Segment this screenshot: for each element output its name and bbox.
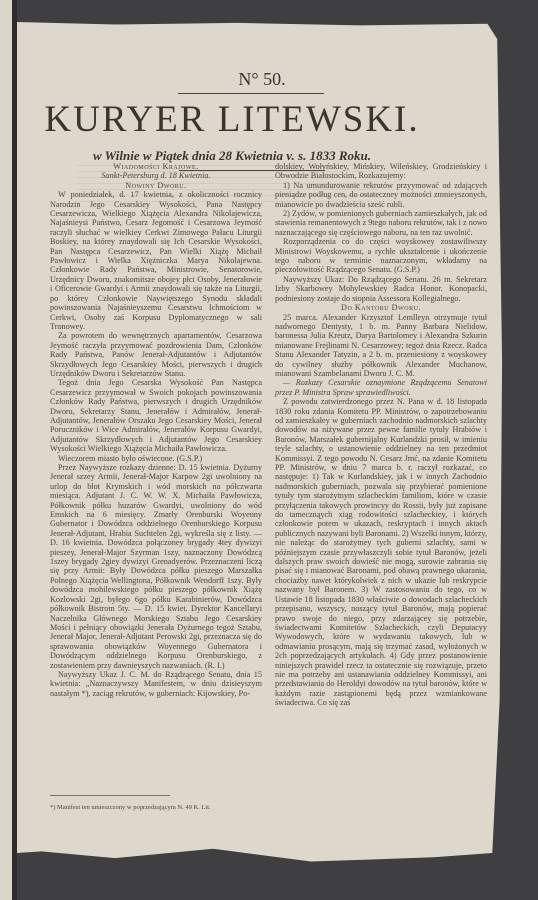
article-paragraph: Naywyższy Ukaz J. C. M. do Rządzącego Se… xyxy=(50,670,262,698)
article-paragraph: dolskiey, Wołyńskiey, Mińskiey, Wileński… xyxy=(275,162,487,181)
section-subheading: Do Kantoru Dworu. xyxy=(275,303,487,312)
article-paragraph: 1) Na umundurowanie rekrutów przyymować … xyxy=(275,181,487,209)
article-paragraph: — Rozkazy Cesarskie oznaymione Rządzącem… xyxy=(275,378,487,397)
article-paragraph: W poniedziałek, d. 17 kwietnia, z okolic… xyxy=(50,190,262,331)
article-paragraph: Przez Naywyższe rozkazy dzienne: D. 15 k… xyxy=(50,463,262,670)
right-column: dolskiey, Wołyńskiey, Mińskiey, Wileński… xyxy=(275,162,487,708)
binding-gutter xyxy=(12,0,17,900)
footnote: *) Manifest ten umieszczony w poprzedzaj… xyxy=(50,804,262,811)
newspaper-page: N° 50. KURYER LITEWSKI. w Wilnie w Piąte… xyxy=(17,22,507,870)
header-rule xyxy=(178,93,324,94)
article-paragraph: 2) Zydów, w pomienionych guberniach zami… xyxy=(275,209,487,237)
section-heading: Wiadomości Krajowe. xyxy=(50,162,262,171)
issue-number: N° 50. xyxy=(17,69,507,90)
section-subheading: Nowiny Dworu. xyxy=(50,181,262,190)
article-paragraph: 25 marca. Alexander Krzysztof Lemlleyn o… xyxy=(275,313,487,379)
article-paragraph: Tegoż dnia Jego Cesarska Wysokość Pan Na… xyxy=(50,378,262,453)
section-dateline: Sankt-Petersburg d. 18 Kwietnia. xyxy=(50,171,262,180)
article-paragraph: Za powrotem do wewnętrznych apartamentów… xyxy=(50,331,262,378)
masthead-title: KURYER LITEWSKI. xyxy=(17,98,447,141)
article-paragraph: Naywyższy Ukaz: Do Rządzącego Senatu. 26… xyxy=(275,275,487,303)
article-paragraph: Z powodu zatwierdzonego przez N. Pana w … xyxy=(275,397,487,707)
adjacent-page-edge xyxy=(0,0,12,900)
article-paragraph: Rozporządzenia co do części woyskowey zo… xyxy=(275,237,487,275)
footnote-rule xyxy=(50,795,170,796)
left-column: Wiadomości Krajowe. Sankt-Petersburg d. … xyxy=(50,162,262,698)
article-paragraph: Wieczorem miasto było oświecone. (G.S.P.… xyxy=(50,454,262,463)
